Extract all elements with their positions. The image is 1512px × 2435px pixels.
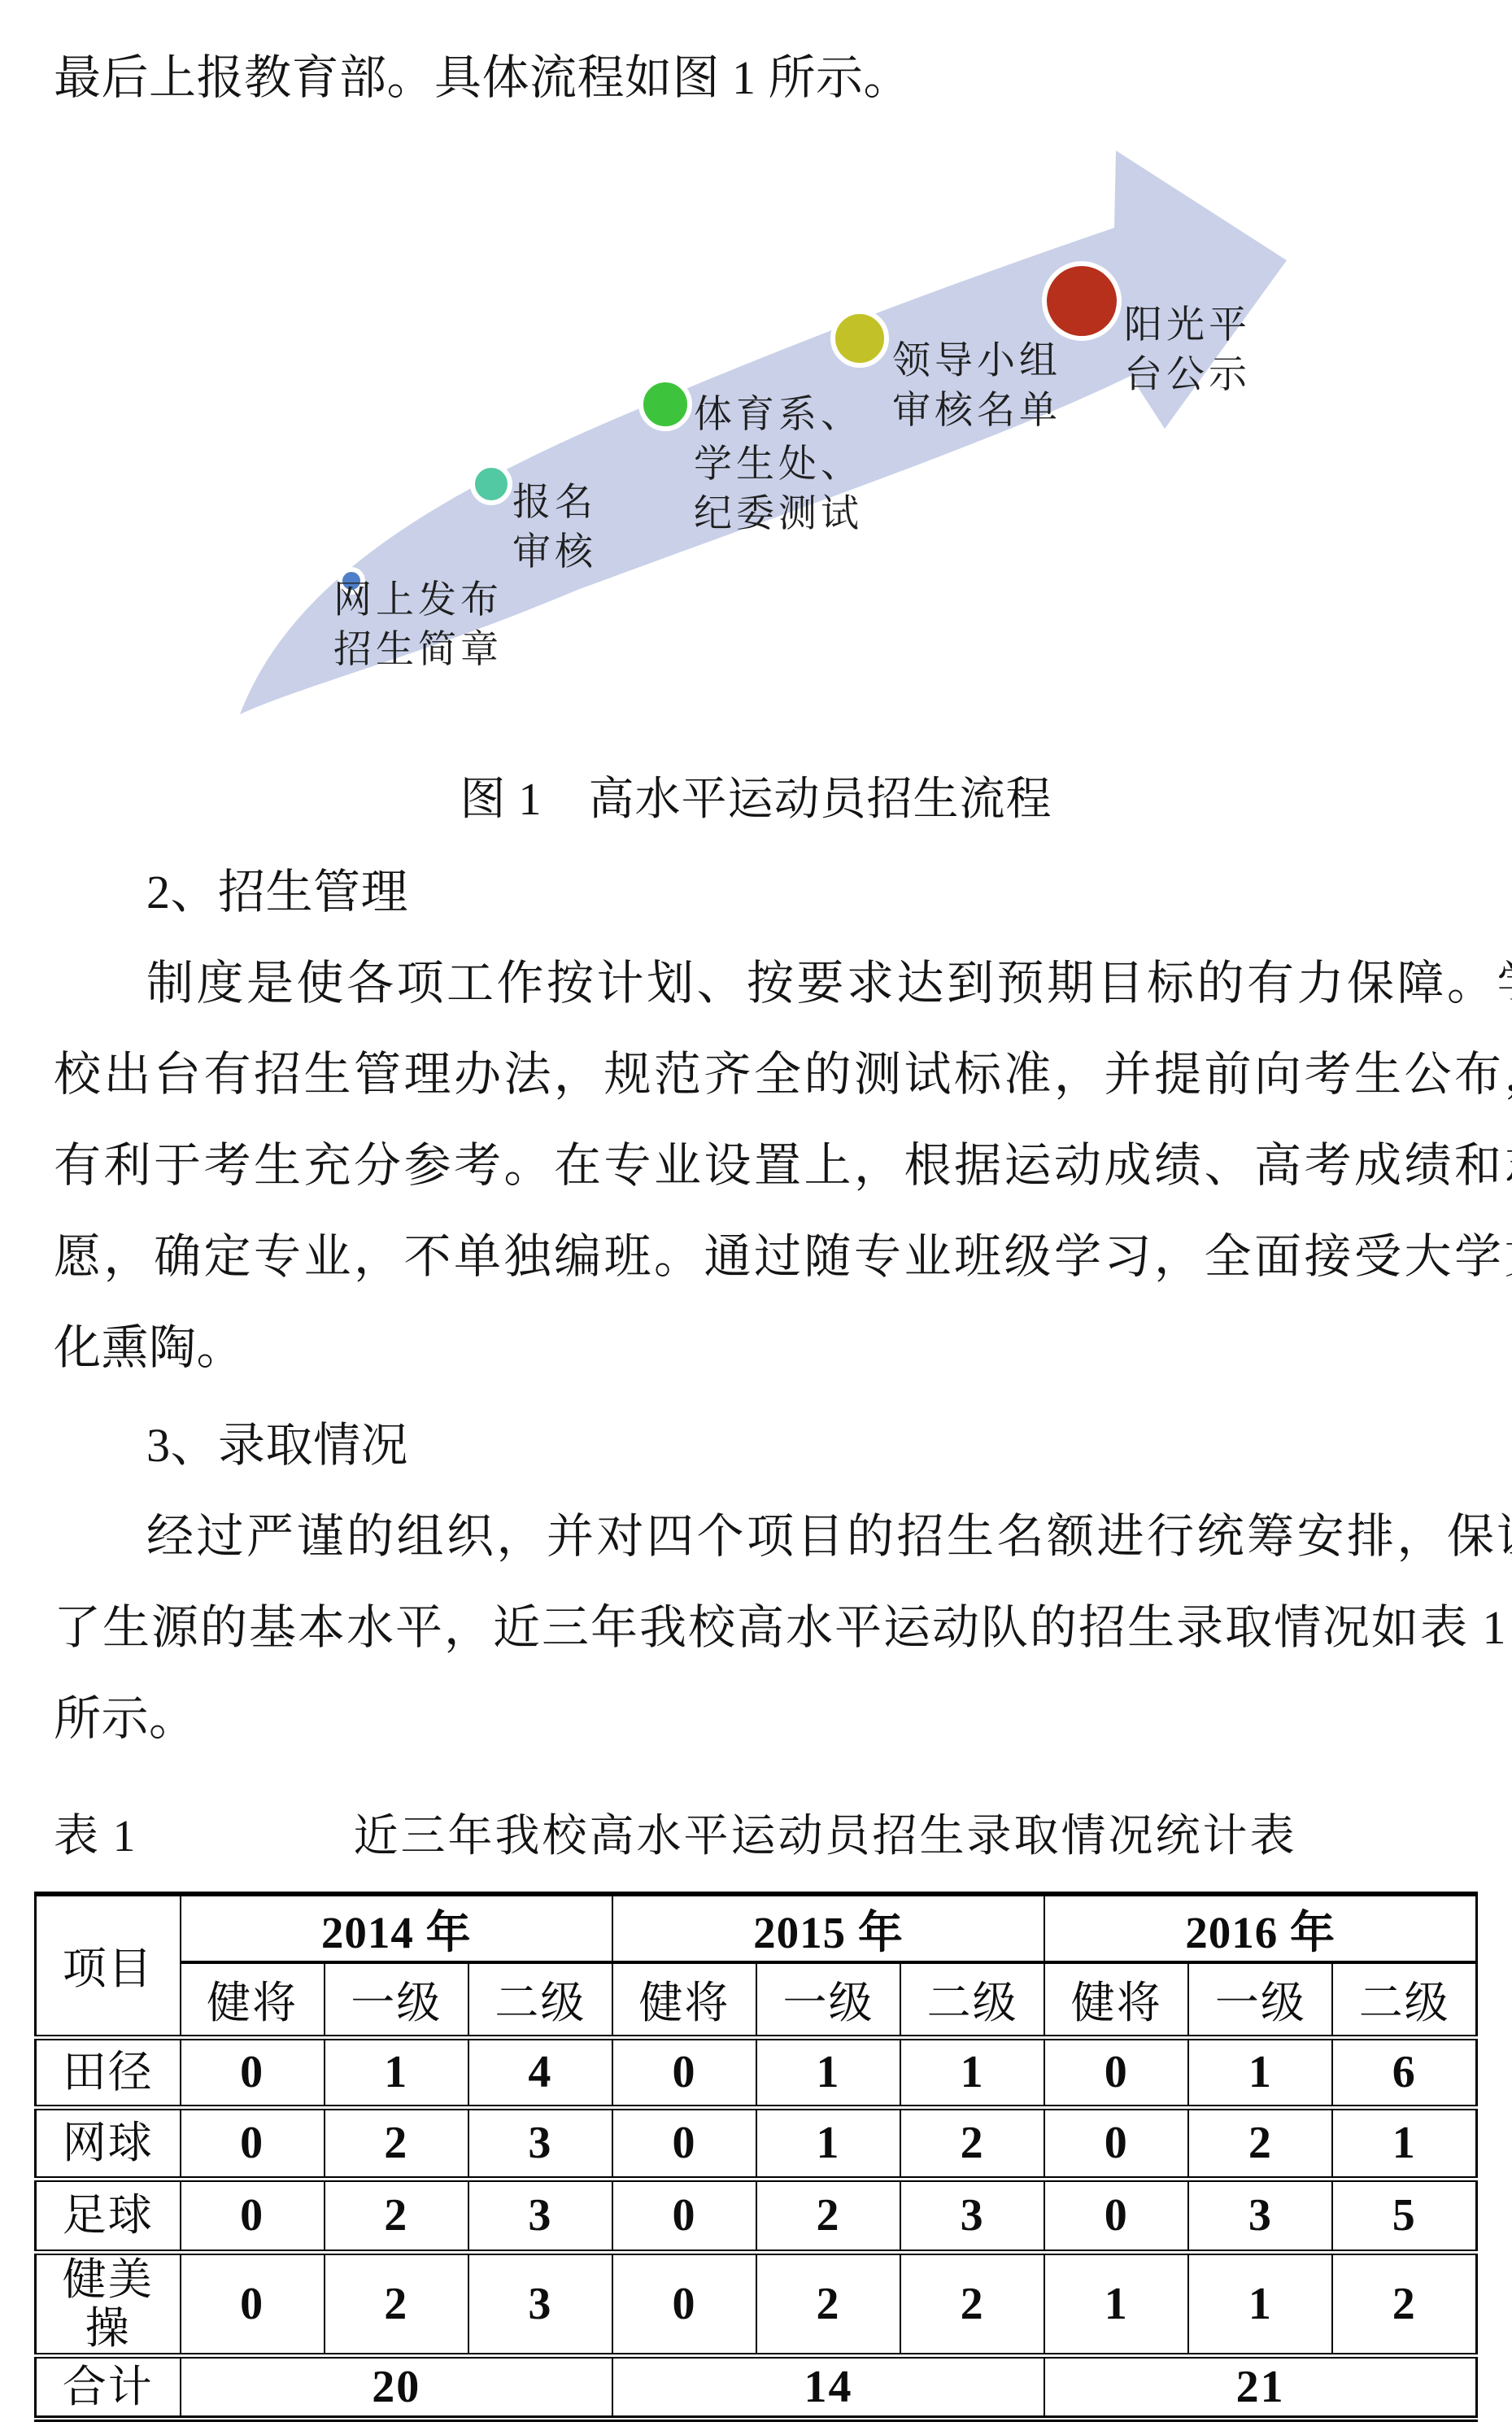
value-cell: 1 <box>1188 2252 1332 2355</box>
value-cell: 2 <box>325 2107 468 2179</box>
value-cell: 0 <box>181 2252 325 2355</box>
value-cell: 2 <box>1332 2252 1476 2355</box>
value-cell: 2 <box>756 2179 900 2252</box>
value-cell: 2 <box>756 2252 900 2355</box>
value-cell: 5 <box>1332 2179 1476 2252</box>
level-header: 二级 <box>468 1962 612 2037</box>
level-header: 健将 <box>612 1962 756 2037</box>
value-cell: 4 <box>468 2037 612 2107</box>
paragraph-line: 了生源的基本水平，近三年我校高水平运动队的招生录取情况如表 1 <box>54 1582 1463 1674</box>
step-label-line: 审核 <box>512 528 597 578</box>
process-flow-diagram: 网上发布 招生简章 报名 审核 体育系、 学生处、 纪委测试 领导小组 审核名单… <box>228 146 1322 728</box>
value-cell: 3 <box>900 2179 1044 2252</box>
level-header: 健将 <box>1044 1962 1188 2037</box>
total-value-cell: 14 <box>612 2355 1044 2419</box>
value-cell: 0 <box>1044 2037 1188 2107</box>
table-caption-label: 表 1 <box>54 1807 137 1866</box>
level-header: 一级 <box>325 1962 468 2037</box>
value-cell: 0 <box>181 2179 325 2252</box>
level-header: 健将 <box>181 1962 325 2037</box>
value-cell: 3 <box>468 2107 612 2179</box>
value-cell: 1 <box>1044 2252 1188 2355</box>
value-cell: 1 <box>900 2037 1044 2107</box>
value-cell: 0 <box>181 2037 325 2107</box>
paragraph-line: 有利于考生充分参考。在专业设置上，根据运动成绩、高考成绩和志 <box>54 1120 1463 1211</box>
table-caption-title: 近三年我校高水平运动员招生录取情况统计表 <box>0 1807 1512 1866</box>
value-cell: 1 <box>1188 2037 1332 2107</box>
recruitment-statistics-table: 项目 2014 年 2015 年 2016 年 健将 一级 二级 健将 一级 二… <box>34 1892 1478 2422</box>
year-header-2015: 2015 年 <box>612 1894 1044 1962</box>
paragraph-line: 化熏陶。 <box>54 1303 1463 1394</box>
value-cell: 3 <box>1188 2179 1332 2252</box>
level-header: 二级 <box>900 1962 1044 2037</box>
total-value-cell: 20 <box>181 2355 612 2419</box>
level-header: 一级 <box>1188 1962 1332 2037</box>
sport-cell: 网球 <box>36 2107 181 2179</box>
value-cell: 0 <box>1044 2179 1188 2252</box>
total-label-cell: 合计 <box>36 2355 181 2419</box>
paragraph-line: 制度是使各项工作按计划、按要求达到预期目标的有力保障。学 <box>54 938 1463 1029</box>
value-cell: 0 <box>181 2107 325 2179</box>
value-cell: 1 <box>1332 2107 1476 2179</box>
section-heading-admission: 3、录取情况 <box>54 1400 1463 1491</box>
step-label-line: 纪委测试 <box>694 490 863 539</box>
level-header: 一级 <box>756 1962 900 2037</box>
step-label-publish: 网上发布 招生简章 <box>333 576 503 675</box>
value-cell: 2 <box>900 2252 1044 2355</box>
value-cell: 1 <box>756 2107 900 2179</box>
step-label-line: 报名 <box>512 478 597 528</box>
value-cell: 0 <box>612 2107 756 2179</box>
step-dot-review <box>833 312 887 365</box>
step-label-publicity: 阳光平 台公示 <box>1124 301 1251 400</box>
year-header-2014: 2014 年 <box>181 1894 612 1962</box>
value-cell: 6 <box>1332 2037 1476 2107</box>
figure-caption: 图 1 高水平运动员招生流程 <box>0 770 1512 829</box>
level-header: 二级 <box>1332 1962 1476 2037</box>
value-cell: 3 <box>468 2252 612 2355</box>
paragraph-line: 经过严谨的组织，并对四个项目的招生名额进行统筹安排，保证 <box>54 1491 1463 1582</box>
sport-cell: 田径 <box>36 2037 181 2107</box>
value-cell: 1 <box>325 2037 468 2107</box>
step-dot-registration <box>473 465 510 503</box>
section-heading-management: 2、招生管理 <box>54 847 1463 938</box>
step-label-line: 体育系、 <box>694 391 863 440</box>
value-cell: 0 <box>1044 2107 1188 2179</box>
paragraph-line: 所示。 <box>54 1674 1463 1765</box>
paragraph-line: 校出台有招生管理办法，规范齐全的测试标准，并提前向考生公布， <box>54 1029 1463 1120</box>
value-cell: 2 <box>325 2252 468 2355</box>
value-cell: 0 <box>612 2179 756 2252</box>
value-cell: 3 <box>468 2179 612 2252</box>
value-cell: 2 <box>900 2107 1044 2179</box>
document-page: 最后上报教育部。具体流程如图 1 所示。 网上发布 招生简章 报名 审核 体育系… <box>0 0 1512 2435</box>
step-label-line: 审核名单 <box>892 386 1061 436</box>
step-label-testing: 体育系、 学生处、 纪委测试 <box>694 391 863 539</box>
table-caption: 表 1 近三年我校高水平运动员招生录取情况统计表 <box>0 1807 1512 1866</box>
step-label-review: 领导小组 审核名单 <box>892 337 1061 436</box>
total-value-cell: 21 <box>1044 2355 1476 2419</box>
step-label-line: 阳光平 <box>1124 301 1251 351</box>
step-label-line: 网上发布 <box>333 576 503 626</box>
sport-cell: 健美操 <box>36 2252 181 2355</box>
step-dot-testing <box>641 380 690 429</box>
value-cell: 2 <box>1188 2107 1332 2179</box>
step-dot-publicity <box>1044 264 1119 338</box>
step-label-line: 台公示 <box>1124 351 1251 400</box>
step-label-registration: 报名 审核 <box>512 478 597 578</box>
corner-header: 项目 <box>36 1894 181 2037</box>
step-label-line: 学生处、 <box>694 440 863 490</box>
intro-paragraph-line: 最后上报教育部。具体流程如图 1 所示。 <box>54 33 1463 124</box>
value-cell: 0 <box>612 2252 756 2355</box>
year-header-2016: 2016 年 <box>1044 1894 1476 1962</box>
value-cell: 2 <box>325 2179 468 2252</box>
step-label-line: 领导小组 <box>892 337 1061 386</box>
value-cell: 0 <box>612 2037 756 2107</box>
step-label-line: 招生简章 <box>333 626 503 675</box>
paragraph-line: 愿，确定专业，不单独编班。通过随专业班级学习，全面接受大学文 <box>54 1211 1463 1303</box>
value-cell: 1 <box>756 2037 900 2107</box>
sport-cell: 足球 <box>36 2179 181 2252</box>
